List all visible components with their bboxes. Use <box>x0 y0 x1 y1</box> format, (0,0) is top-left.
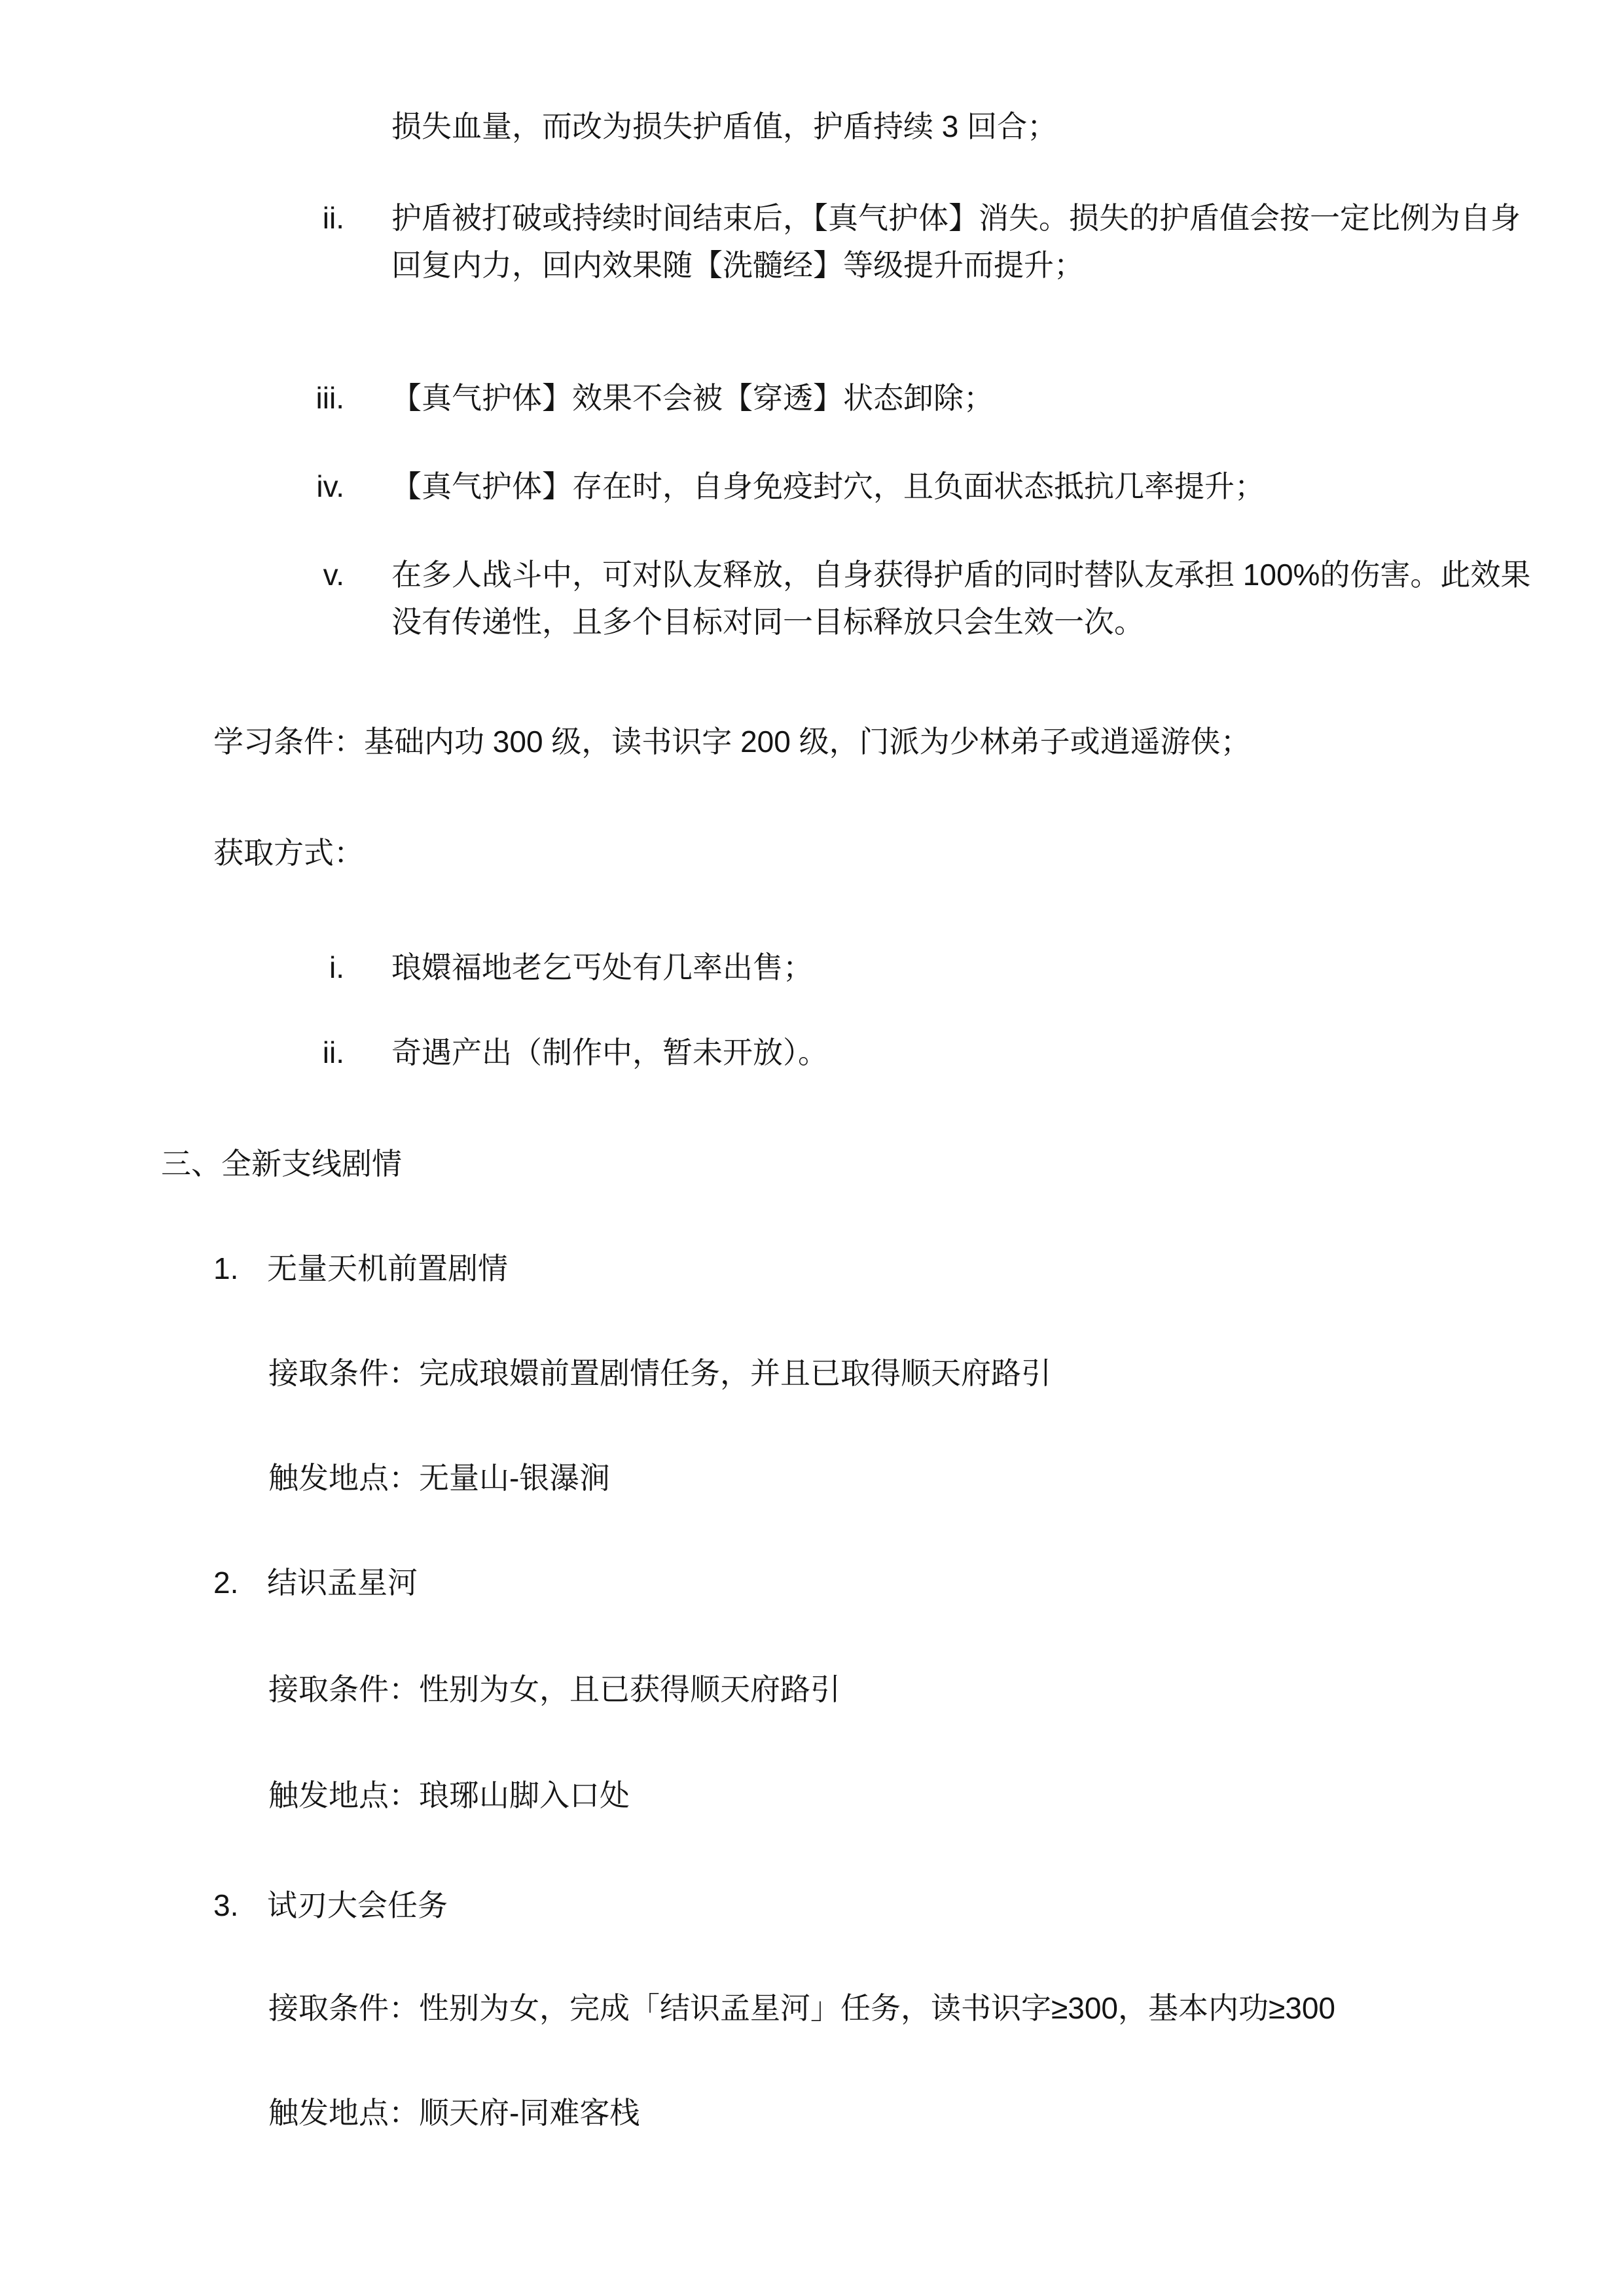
obtain-method-heading: 获取方式： <box>213 834 364 872</box>
effect-item-ii-line1: 护盾被打破或持续时间结束后，【真气护体】消失。损失的护盾值会按一定比例为自身 <box>391 199 1521 237</box>
effect-item-iv-marker: iv. <box>216 467 344 505</box>
quest-2-trigger-location: 触发地点：琅琊山脚入口处 <box>268 1776 630 1814</box>
effect-item-iii-marker: iii. <box>216 379 344 417</box>
effect-item-v-marker: v. <box>216 556 344 594</box>
document-page: 损失血量，而改为损失护盾值，护盾持续 3 回合； ii. 护盾被打破或持续时间结… <box>0 0 1624 2296</box>
quest-3-title: 试刃大会任务 <box>267 1886 448 1924</box>
quest-2-title: 结识孟星河 <box>267 1564 418 1602</box>
learn-condition-line: 学习条件：基础内功 300 级，读书识字 200 级，门派为少林弟子或逍遥游侠； <box>213 723 1251 761</box>
effect-item-ii-marker: ii. <box>216 199 344 237</box>
obtain-item-i-text: 琅嬛福地老乞丐处有几率出售； <box>391 948 813 986</box>
quest-1-trigger-location: 触发地点：无量山-银瀑涧 <box>268 1459 609 1497</box>
section-heading-side-quests: 三、全新支线剧情 <box>161 1145 402 1183</box>
quest-1-title: 无量天机前置剧情 <box>267 1249 508 1287</box>
quest-1-accept-condition: 接取条件：完成琅嬛前置剧情任务，并且已取得顺天府路引 <box>268 1354 1051 1392</box>
quest-2-number: 2. <box>213 1564 238 1602</box>
effect-item-ii-line2: 回复内力，回内效果随【洗髓经】等级提升而提升； <box>391 246 1084 284</box>
quest-1-number: 1. <box>213 1249 238 1287</box>
obtain-item-ii-marker: ii. <box>216 1033 344 1071</box>
effect-item-iii-line: 【真气护体】效果不会被【穿透】状态卸除； <box>391 379 994 417</box>
effect-item-i-continuation-line: 损失血量，而改为损失护盾值，护盾持续 3 回合； <box>391 107 1057 145</box>
effect-item-v-line2: 没有传递性，且多个目标对同一目标释放只会生效一次。 <box>391 603 1144 641</box>
effect-item-iv-line: 【真气护体】存在时，自身免疫封穴，且负面状态抵抗几率提升； <box>391 467 1265 505</box>
obtain-item-ii-text: 奇遇产出（制作中，暂未开放）。 <box>391 1033 828 1071</box>
effect-item-v-line1: 在多人战斗中，可对队友释放，自身获得护盾的同时替队友承担 100%的伤害。此效果 <box>391 556 1530 594</box>
quest-3-number: 3. <box>213 1886 238 1924</box>
quest-3-accept-condition: 接取条件：性别为女，完成「结识孟星河」任务，读书识字≥300，基本内功≥300 <box>268 1989 1335 2027</box>
obtain-item-i-marker: i. <box>216 948 344 986</box>
quest-3-trigger-location: 触发地点：顺天府-同难客栈 <box>268 2094 640 2132</box>
quest-2-accept-condition: 接取条件：性别为女，且已获得顺天府路引 <box>268 1670 840 1708</box>
